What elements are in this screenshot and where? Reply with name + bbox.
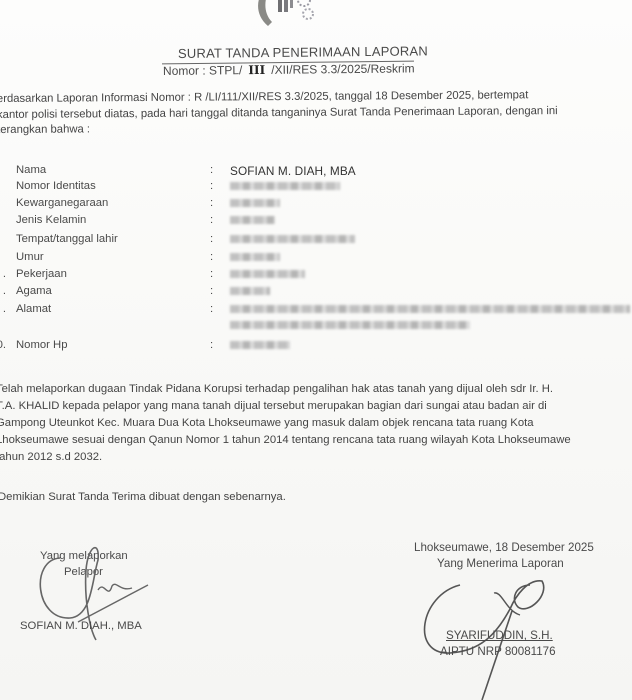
redacted-value xyxy=(230,268,305,280)
field-colon: : xyxy=(210,339,213,351)
redacted-value xyxy=(230,285,270,297)
report-line: tahun 2012 s.d 2032. xyxy=(0,449,632,466)
field-colon: : xyxy=(210,285,213,297)
redacted-value xyxy=(230,303,630,329)
identity-row: Tempat/tanggal lahir: xyxy=(0,233,632,249)
redacted-value xyxy=(230,214,275,226)
field-label: Pekerjaan xyxy=(16,268,67,280)
redacted-value xyxy=(230,180,340,192)
number-prefix: Nomor : STPL/ xyxy=(163,63,243,78)
redacted-value xyxy=(230,339,290,351)
redacted-value xyxy=(230,251,280,263)
identity-row: Nomor Identitas: xyxy=(0,180,632,196)
reporter-signature-icon xyxy=(0,540,220,660)
identity-row: .Pekerjaan: xyxy=(0,268,632,284)
row-number: . xyxy=(0,285,6,297)
identity-row: 0.Nomor Hp: xyxy=(0,339,632,355)
field-label: Alamat xyxy=(16,303,51,315)
field-colon: : xyxy=(210,233,213,245)
field-value: SOFIAN M. DIAH, MBA xyxy=(230,164,356,178)
field-colon: : xyxy=(210,268,213,280)
identity-row: Umur: xyxy=(0,251,632,267)
redacted-value xyxy=(230,197,280,209)
report-paragraph: Telah melaporkan dugaan Tindak Pidana Ko… xyxy=(0,381,632,466)
report-line: Lhokseumawe sesuai dengan Qanun Nomor 1 … xyxy=(0,432,632,449)
receiver-signature-icon xyxy=(400,535,632,700)
receiver-rank-nrp: AIPTU NRP 80081176 xyxy=(440,645,556,658)
identity-row: Kewarganegaraan: xyxy=(0,197,632,213)
police-emblem-icon xyxy=(248,0,322,30)
identity-row: Jenis Kelamin: xyxy=(0,214,632,230)
field-label: Nomor Hp xyxy=(16,339,67,351)
field-colon: : xyxy=(210,251,213,263)
identity-row: .Alamat: xyxy=(0,303,632,319)
field-colon: : xyxy=(210,197,213,209)
field-colon: : xyxy=(210,214,213,226)
row-number: . xyxy=(0,268,6,280)
document-title: SURAT TANDA PENERIMAAN LAPORAN xyxy=(178,43,428,61)
reporter-signature-block: Yang melaporkan Pelapor SOFIAN M. DIAH.,… xyxy=(0,540,220,660)
document-number: Nomor : STPL/III/XII/RES 3.3/2025/Reskri… xyxy=(163,61,415,78)
report-line: T.A. KHALID kepada pelapor yang mana tan… xyxy=(0,398,632,415)
receiver-signature-block: Lhokseumawe, 18 Desember 2025 Yang Mener… xyxy=(400,535,632,700)
closing-statement: Demikian Surat Tanda Terima dibuat denga… xyxy=(0,490,286,506)
report-line: Gampong Uteunkot Kec. Muara Dua Kota Lho… xyxy=(0,415,632,432)
field-colon: : xyxy=(210,164,213,176)
row-number: . xyxy=(0,303,6,315)
field-colon: : xyxy=(210,303,213,315)
field-colon: : xyxy=(210,180,213,192)
number-suffix: /XII/RES 3.3/2025/Reskrim xyxy=(271,61,415,77)
field-label: Nama xyxy=(16,164,46,176)
identity-row: Nama:SOFIAN M. DIAH, MBA xyxy=(0,164,632,180)
identity-row: .Agama: xyxy=(0,285,632,301)
field-label: Jenis Kelamin xyxy=(16,214,86,226)
field-label: Kewarganegaraan xyxy=(16,197,108,209)
redacted-value xyxy=(230,233,355,245)
reporter-name: SOFIAN M. DIAH., MBA xyxy=(20,620,142,632)
number-roman: III xyxy=(248,63,265,77)
field-label: Tempat/tanggal lahir xyxy=(16,233,118,245)
intro-paragraph: erdasarkan Laporan Informasi Nomor : R /… xyxy=(0,88,632,139)
field-label: Nomor Identitas xyxy=(16,180,96,192)
row-number: 0. xyxy=(0,339,6,351)
field-label: Umur xyxy=(16,251,44,263)
field-label: Agama xyxy=(16,285,52,297)
report-receipt-document: SURAT TANDA PENERIMAAN LAPORAN Nomor : S… xyxy=(0,0,632,700)
report-line: Telah melaporkan dugaan Tindak Pidana Ko… xyxy=(0,381,632,398)
receiver-name: SYARIFUDDIN, S.H. xyxy=(446,629,553,642)
